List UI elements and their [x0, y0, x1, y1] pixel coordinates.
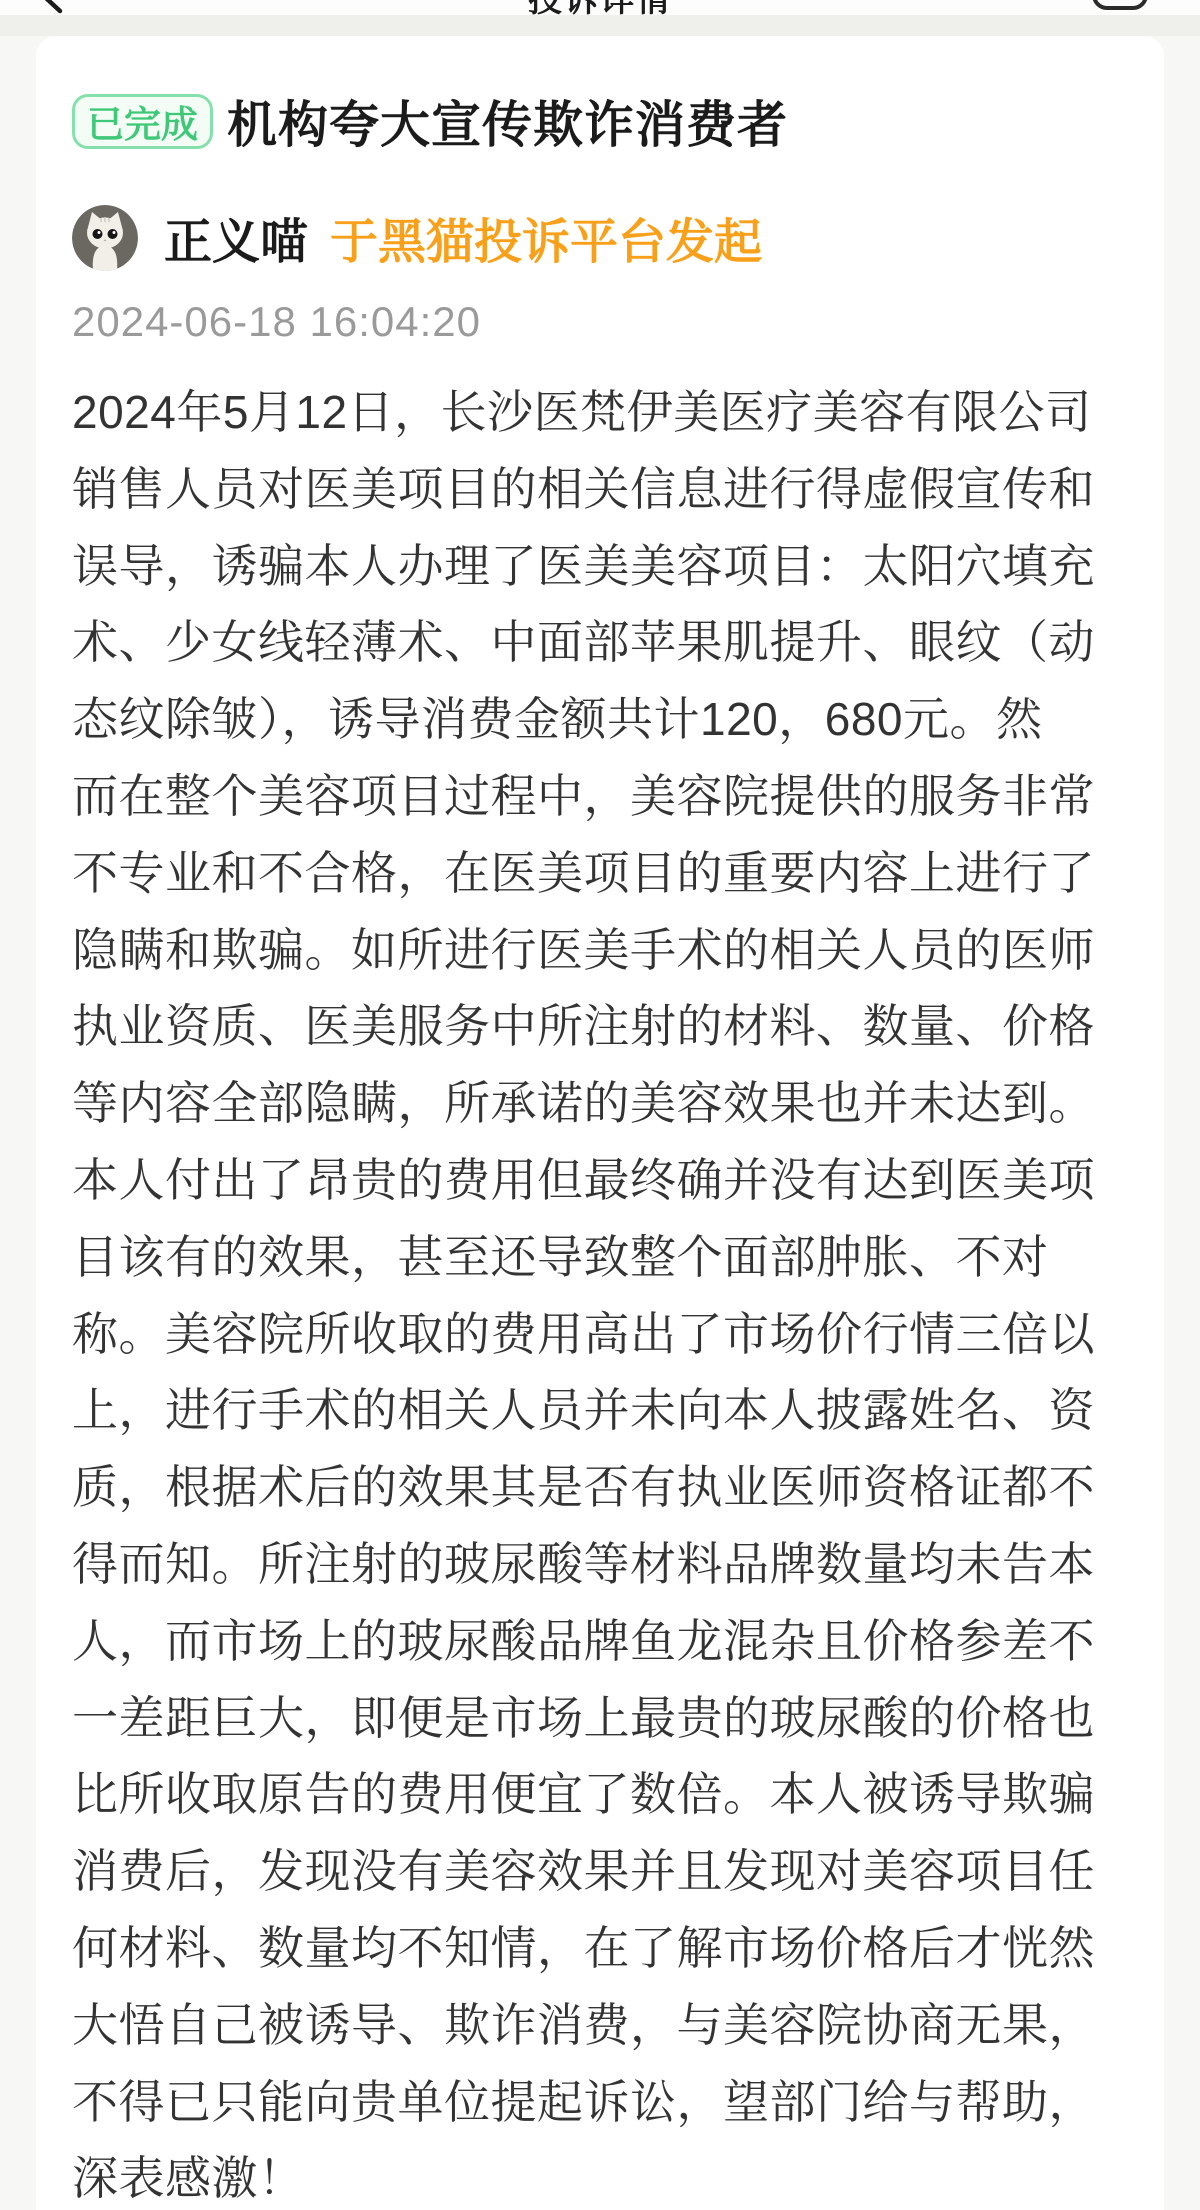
body-text-line: 称。美容院所收取的费用高出了市场价行情三倍以	[72, 1296, 1128, 1373]
source-platform-link[interactable]: 于黑猫投诉平台发起	[330, 203, 762, 272]
body-text-line: 一差距巨大，即便是市场上最贵的玻尿酸的价格也	[72, 1680, 1128, 1757]
body-text-line: 等内容全部隐瞒，所承诺的美容效果也并未达到。	[72, 1065, 1128, 1142]
complaint-body: 2024年5月12日，长沙医梵伊美医疗美容有限公司销售人员对医美项目的相关信息进…	[72, 374, 1128, 2210]
body-text-line: 深表感激！	[72, 2140, 1128, 2210]
nav-title: 投诉详情	[528, 0, 672, 15]
body-text-line: 质，根据术后的效果其是否有执业医师资格证都不	[72, 1449, 1128, 1526]
back-icon[interactable]	[40, 0, 66, 14]
body-text-line: 大悟自己被诱导、欺诈消费，与美容院协商无果，	[72, 1987, 1128, 2064]
cat-avatar-icon	[72, 205, 138, 271]
avatar[interactable]	[72, 205, 138, 271]
page-band-divider	[0, 15, 1200, 36]
title-row: 已完成 机构夸大宣传欺诈消费者	[72, 85, 1128, 157]
body-text-line: 消费后，发现没有美容效果并且发现对美容项目任	[72, 1833, 1128, 1910]
body-text-line: 隐瞒和欺骗。如所进行医美手术的相关人员的医师	[72, 912, 1128, 989]
body-text-line: 术、少女线轻薄术、中面部苹果肌提升、眼纹（动	[72, 604, 1128, 681]
navbar: 投诉详情	[0, 0, 1200, 15]
body-text-line: 不专业和不合格，在医美项目的重要内容上进行了	[72, 835, 1128, 912]
body-text-line: 2024年5月12日，长沙医梵伊美医疗美容有限公司	[72, 374, 1128, 451]
body-text-line: 得而知。所注射的玻尿酸等材料品牌数量均未告本	[72, 1526, 1128, 1603]
user-row: 正义喵 于黑猫投诉平台发起	[72, 203, 1128, 272]
body-text-line: 比所收取原告的费用便宜了数倍。本人被诱导欺骗	[72, 1756, 1128, 1833]
username: 正义喵	[164, 203, 308, 272]
body-text-line: 销售人员对医美项目的相关信息进行得虚假宣传和	[72, 451, 1128, 528]
body-text-line: 何材料、数量均不知情，在了解市场价格后才恍然	[72, 1910, 1128, 1987]
status-badge: 已完成	[72, 94, 213, 149]
body-text-line: 人，而市场上的玻尿酸品牌鱼龙混杂且价格参差不	[72, 1603, 1128, 1680]
rounded-square-icon[interactable]	[1092, 0, 1148, 10]
body-text-line: 误导，诱骗本人办理了医美美容项目：太阳穴填充	[72, 528, 1128, 605]
complaint-card: 已完成 机构夸大宣传欺诈消费者	[36, 36, 1164, 2210]
body-text-line: 不得已只能向贵单位提起诉讼，望部门给与帮助，	[72, 2064, 1128, 2141]
timestamp: 2024-06-18 16:04:20	[72, 298, 1128, 346]
body-text-line: 而在整个美容项目过程中，美容院提供的服务非常	[72, 758, 1128, 835]
body-text-line: 态纹除皱），诱导消费金额共计120，680元。然	[72, 681, 1128, 758]
complaint-title: 机构夸大宣传欺诈消费者	[227, 85, 788, 157]
body-text-line: 本人付出了昂贵的费用但最终确并没有达到医美项	[72, 1142, 1128, 1219]
body-text-line: 执业资质、医美服务中所注射的材料、数量、价格	[72, 988, 1128, 1065]
body-text-line: 上，进行手术的相关人员并未向本人披露姓名、资	[72, 1372, 1128, 1449]
body-text-line: 目该有的效果，甚至还导致整个面部肿胀、不对	[72, 1219, 1128, 1296]
